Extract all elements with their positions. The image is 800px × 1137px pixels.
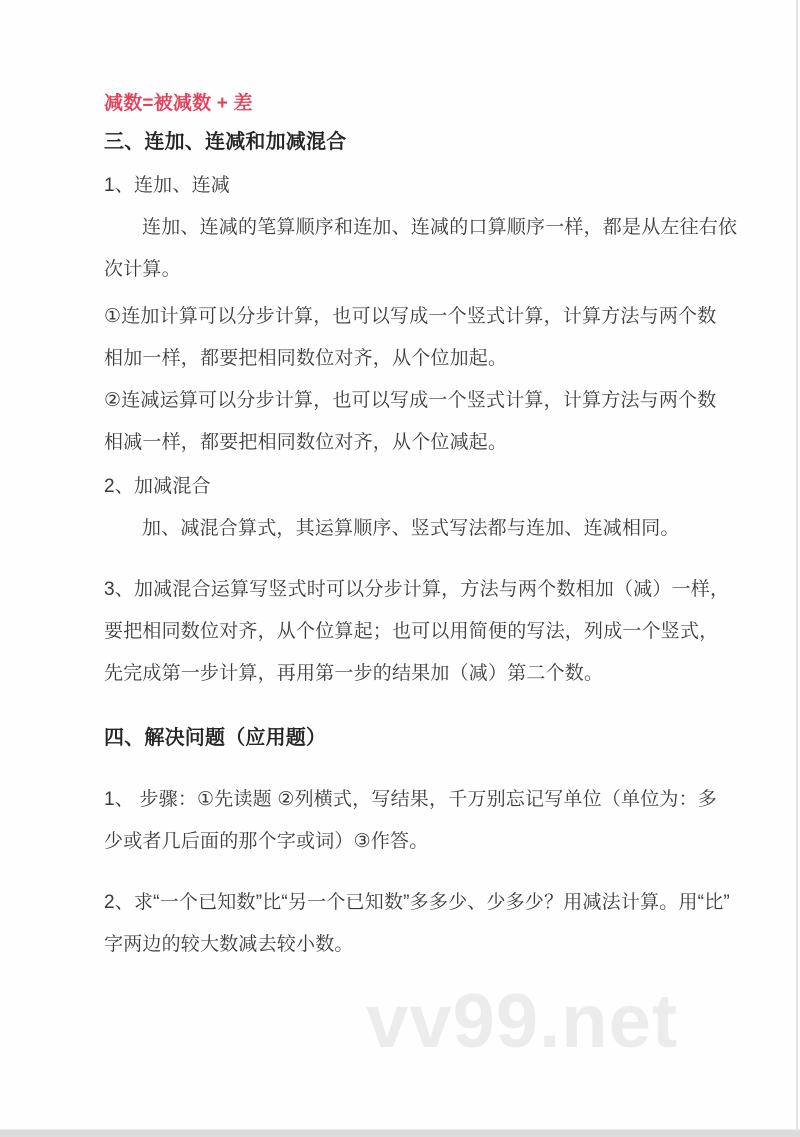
text-line: 2、求“一个已知数”比“另一个已知数”多多少、少多少？用减法计算。用“比” bbox=[104, 882, 710, 924]
paragraph: 2、加减混合 bbox=[104, 466, 710, 508]
formula-line: 减数=被减数 + 差 bbox=[104, 83, 710, 125]
paragraph: 1、连加、连减 bbox=[104, 165, 710, 207]
text-line: 三、连加、连减和加减混合 bbox=[104, 121, 710, 163]
watermark: vv99.net bbox=[366, 984, 678, 1060]
paragraph: 连加、连减的笔算顺序和连加、连减的口算顺序一样，都是从左往右依次计算。 bbox=[104, 207, 710, 291]
document-page: 减数=被减数 + 差三、连加、连减和加减混合1、连加、连减连加、连减的笔算顺序和… bbox=[0, 0, 800, 1137]
text-line: ②连减运算可以分步计算，也可以写成一个竖式计算，计算方法与两个数 bbox=[104, 380, 710, 422]
text-line: 1、连加、连减 bbox=[104, 165, 710, 207]
notes-text-column: 减数=被减数 + 差三、连加、连减和加减混合1、连加、连减连加、连减的笔算顺序和… bbox=[104, 83, 710, 966]
page-bottom-edge bbox=[0, 1129, 800, 1137]
text-line: 少或者几后面的那个字或词）③作答。 bbox=[104, 821, 710, 863]
text-line: 字两边的较大数减去较小数。 bbox=[104, 924, 710, 966]
text-line: 次计算。 bbox=[104, 249, 710, 291]
page-right-edge bbox=[796, 0, 798, 1129]
text-line: 要把相同数位对齐，从个位算起；也可以用简便的写法，列成一个竖式， bbox=[104, 611, 710, 653]
paragraph: 1、 步骤：①先读题 ②列横式，写结果，千万别忘记写单位（单位为：多少或者几后面… bbox=[104, 779, 710, 863]
text-line: 加、减混合算式，其运算顺序、竖式写法都与连加、连减相同。 bbox=[104, 508, 710, 550]
paragraph: 加、减混合算式，其运算顺序、竖式写法都与连加、连减相同。 bbox=[104, 508, 710, 550]
section-heading: 三、连加、连减和加减混合 bbox=[104, 121, 710, 163]
text-line: 减数=被减数 + 差 bbox=[104, 83, 710, 125]
text-line: 先完成第一步计算，再用第一步的结果加（减）第二个数。 bbox=[104, 653, 710, 695]
section-heading: 四、解决问题（应用题） bbox=[104, 717, 710, 759]
text-line: 2、加减混合 bbox=[104, 466, 710, 508]
text-line: 相减一样，都要把相同数位对齐，从个位减起。 bbox=[104, 422, 710, 464]
paragraph: 2、求“一个已知数”比“另一个已知数”多多少、少多少？用减法计算。用“比”字两边… bbox=[104, 882, 710, 966]
text-line: 相加一样，都要把相同数位对齐，从个位加起。 bbox=[104, 338, 710, 380]
text-line: 四、解决问题（应用题） bbox=[104, 717, 710, 759]
paragraph: 3、加减混合运算写竖式时可以分步计算，方法与两个数相加（减）一样，要把相同数位对… bbox=[104, 569, 710, 695]
paragraph: ①连加计算可以分步计算，也可以写成一个竖式计算，计算方法与两个数相加一样，都要把… bbox=[104, 296, 710, 464]
text-line: 连加、连减的笔算顺序和连加、连减的口算顺序一样，都是从左往右依 bbox=[104, 207, 710, 249]
text-line: ①连加计算可以分步计算，也可以写成一个竖式计算，计算方法与两个数 bbox=[104, 296, 710, 338]
text-line: 3、加减混合运算写竖式时可以分步计算，方法与两个数相加（减）一样， bbox=[104, 569, 710, 611]
text-line: 1、 步骤：①先读题 ②列横式，写结果，千万别忘记写单位（单位为：多 bbox=[104, 779, 710, 821]
